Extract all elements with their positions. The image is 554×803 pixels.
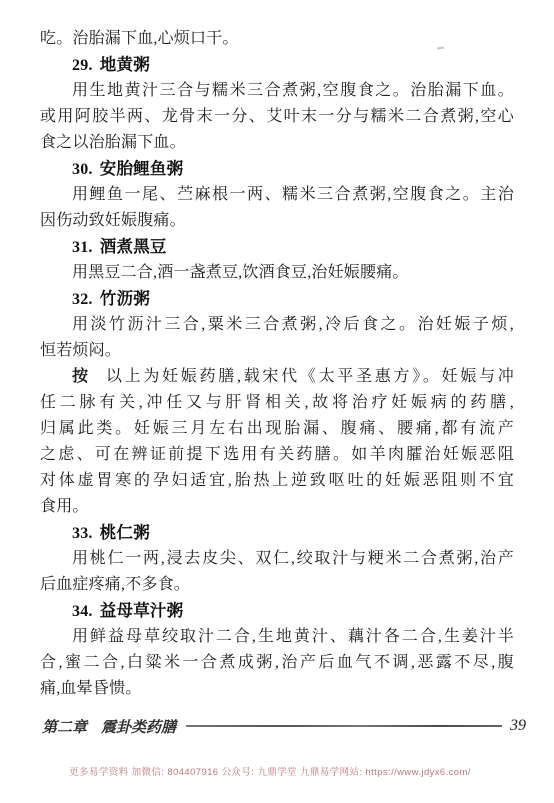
text-line: 因伤动致妊娠腹痛。 <box>40 208 514 234</box>
page-number: 39 <box>510 717 526 735</box>
watermark: 更多易学资料 加微信: 804407916 公众号: 九鼎学堂 九鼎易学网站: … <box>0 764 540 778</box>
text-line: 用淡竹沥汁三合,粟米三合煮粥,冷后食之。治妊娠子烦, <box>40 312 514 338</box>
text-line: 恒若烦闷。 <box>40 338 514 364</box>
note-line: 归属此类。妊娠三月左右出现胎漏、腹痛、腰痛,都有流产 <box>40 416 514 442</box>
note-line: 按以上为妊娠药膳,载宋代《太平圣惠方》。妊娠与冲 <box>40 364 514 390</box>
recipe-heading-30: 30.安胎鲤鱼粥 <box>40 156 514 182</box>
recipe-title: 地黄粥 <box>100 56 150 74</box>
text-line: 用桃仁一两,浸去皮尖、双仁,绞取汁与粳米二合煮粥,治产 <box>40 546 514 572</box>
page-text-block: 吃。治胎漏下血,心烦口干。 29.地黄粥 用生地黄汁三合与糯米三合煮粥,空腹食之… <box>40 26 514 702</box>
recipe-heading-31: 31.酒煮黑豆 <box>40 234 514 260</box>
recipe-title: 安胎鲤鱼粥 <box>100 160 184 178</box>
recipe-heading-34: 34.益母草汁粥 <box>40 598 514 624</box>
note-line: 任二脉有关,冲任又与肝肾相关,故将治疗妊娠病的药膳, <box>40 390 514 416</box>
note-line: 之虑、可在辨证前提下选用有关药膳。如羊肉臛治妊娠恶阻 <box>40 442 514 468</box>
recipe-title: 益母草汁粥 <box>100 602 184 620</box>
recipe-number: 33. <box>72 525 93 542</box>
section-title: 震卦类药膳 <box>101 716 176 737</box>
text-line: 痛,血晕昏愦。 <box>40 676 514 702</box>
text-line: 用生地黄汁三合与糯米三合煮粥,空腹食之。治胎漏下血。 <box>40 78 514 104</box>
note-line: 食用。 <box>40 494 514 520</box>
recipe-number: 29. <box>72 57 93 74</box>
recipe-heading-32: 32.竹沥粥 <box>40 286 514 312</box>
text-line: 吃。治胎漏下血,心烦口干。 <box>40 26 514 52</box>
recipe-title: 酒煮黑豆 <box>100 238 167 256</box>
recipe-number: 32. <box>72 291 93 308</box>
note-text: 以上为妊娠药膳,载宋代《太平圣惠方》。妊娠与冲 <box>106 368 514 385</box>
text-line: 用鲜益母草绞取汁二合,生地黄汁、藕汁各二合,生姜汁半 <box>40 624 514 650</box>
footer-rule <box>186 725 502 727</box>
recipe-number: 34. <box>72 603 93 620</box>
text-line: 或用阿胶半两、龙骨末一分、艾叶末一分与糯米二合煮粥,空心 <box>40 104 514 130</box>
text-line: 合,蜜二合,白粱米一合煮成粥,治产后血气不调,恶露不尽,腹 <box>40 650 514 676</box>
recipe-title: 竹沥粥 <box>100 290 150 308</box>
text-line: 用黑豆二合,酒一盏煮豆,饮酒食豆,治妊娠腰痛。 <box>40 260 514 286</box>
recipe-number: 31. <box>72 239 93 256</box>
recipe-number: 30. <box>72 161 93 178</box>
book-page: 吃。治胎漏下血,心烦口干。 29.地黄粥 用生地黄汁三合与糯米三合煮粥,空腹食之… <box>0 0 554 803</box>
recipe-title: 桃仁粥 <box>100 524 150 542</box>
note-label: 按 <box>72 368 91 385</box>
text-line: 食之以治胎漏下血。 <box>40 130 514 156</box>
recipe-heading-33: 33.桃仁粥 <box>40 520 514 546</box>
text-line: 后血症疼痛,不多食。 <box>40 572 514 598</box>
recipe-heading-29: 29.地黄粥 <box>40 52 514 78</box>
page-footer: 第二章 震卦类药膳 39 <box>42 714 526 738</box>
note-line: 对体虚胃寒的孕妇适宜,胎热上逆致呕吐的妊娠恶阻则不宜 <box>40 468 514 494</box>
text-line: 用鲤鱼一尾、苎麻根一两、糯米三合煮粥,空腹食之。主治 <box>40 182 514 208</box>
chapter-label: 第二章 <box>42 716 87 737</box>
